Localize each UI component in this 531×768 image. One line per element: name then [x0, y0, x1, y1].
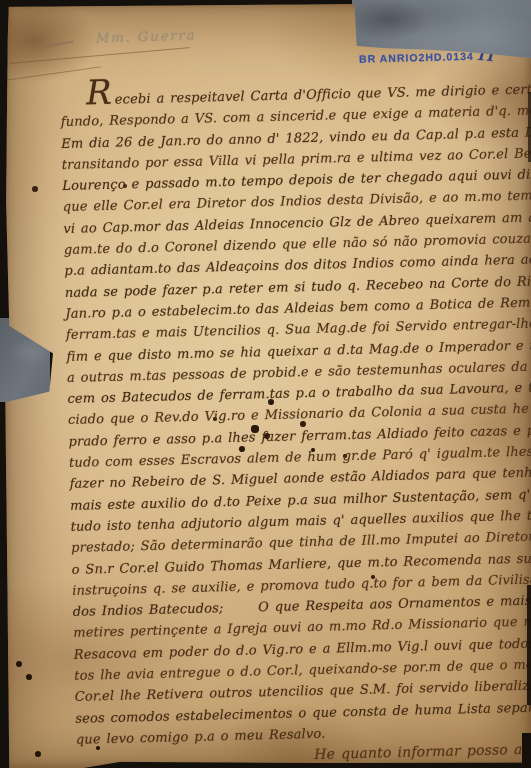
- archive-stamp-code: BR ANRIO2HD.0134: [359, 51, 474, 66]
- manuscript-text: Recebi a respeitavel Carta d'Officio que…: [60, 79, 531, 768]
- edge-shadow-right: [527, 585, 531, 705]
- pencil-annotation: Mm. Guerra: [96, 28, 197, 46]
- scratch-mark: [10, 47, 189, 64]
- paper-sheet: Mm. Guerra BR ANRIO2HD.0134 11 Recebi a …: [4, 3, 531, 768]
- ink-blots: [4, 3, 6, 5]
- scratch-mark: [44, 40, 74, 47]
- edge-shadow-bottom-right: [522, 733, 531, 768]
- manuscript-scan: Mm. Guerra BR ANRIO2HD.0134 11 Recebi a …: [0, 0, 531, 768]
